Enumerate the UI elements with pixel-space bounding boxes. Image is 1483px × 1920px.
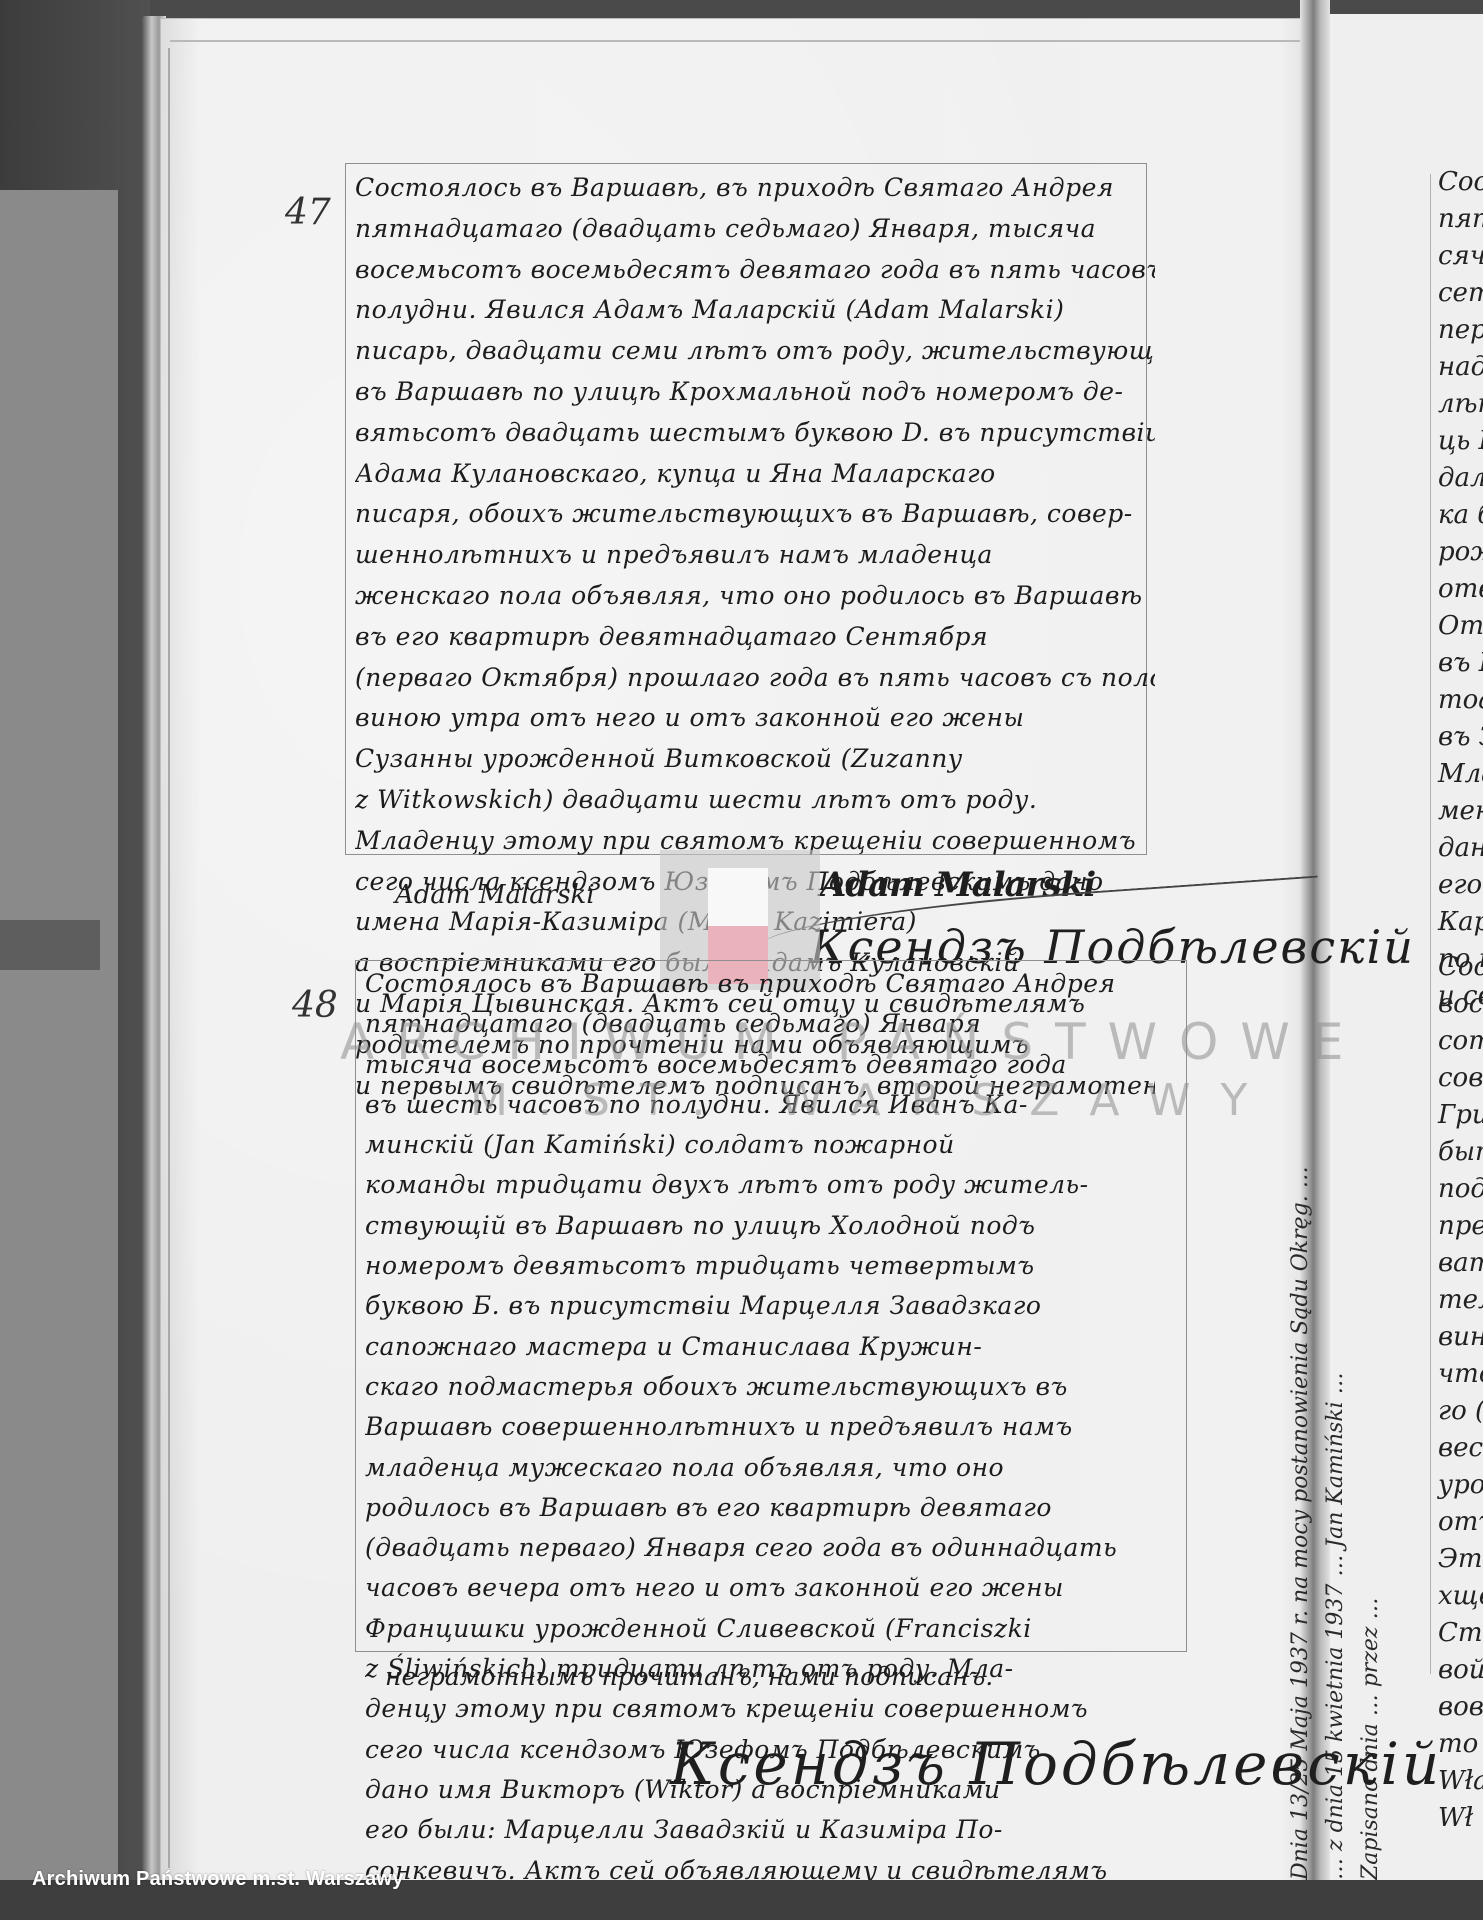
right-page-line: пера [1438, 312, 1483, 349]
right-page-line: над, [1438, 349, 1483, 386]
margin-note-line: … z dnia 15 kwietnia 1937 … Jan Kamiński… [1323, 1372, 1348, 1880]
right-page-line: Сос [1438, 949, 1483, 986]
right-page-line: его б [1438, 867, 1483, 904]
signature-official: Ксендзъ Подбѣлевскій [670, 1730, 1442, 1798]
record-line: пятнадцатаго (двадцать седьмаго) Января,… [355, 209, 1155, 250]
page-fold-line [168, 48, 170, 1868]
record-line: женскаго пола объявляя, что оно родилось… [355, 576, 1155, 617]
watermark-flag-white [708, 868, 768, 926]
record-line: (перваго Октября) прошлаго года въ пять … [355, 658, 1155, 699]
archive-caption: Archiwum Państwowe m.st. Warszawy [32, 1868, 404, 1891]
record-line: сапожнаго мастера и Станислава Кружин- [365, 1327, 1165, 1367]
record-line: вятьсотъ двадцать шестымъ буквою D. въ п… [355, 413, 1155, 454]
record-line: Францишки урожденной Сливевской (Francis… [365, 1609, 1165, 1649]
scanner-background-bar [0, 920, 100, 970]
record-line: родилось въ Варшавѣ въ его квартирѣ девя… [365, 1488, 1165, 1528]
record-line: Состоялось въ Варшавѣ въ приходѣ Святаго… [365, 964, 1165, 1004]
record-line: ствующій въ Варшавѣ по улицѣ Холодной по… [365, 1206, 1165, 1246]
record-line: скаго подмастерья обоихъ жительствующихъ… [365, 1367, 1165, 1407]
record-line: въ Варшавѣ по улицѣ Крохмальной подъ ном… [355, 372, 1155, 413]
record-line: минскій (Jan Kamiński) солдатъ пожарной [365, 1125, 1165, 1165]
right-page-line: Отца [1438, 608, 1483, 645]
record-line: восемьсотъ восемьдесятъ девятаго года въ… [355, 250, 1155, 291]
record-line: буквою Б. въ присутствіи Марцелля Завадз… [365, 1286, 1165, 1326]
page-top-rule [170, 40, 1320, 42]
record-line: Варшавѣ совершеннолѣтнихъ и предъявилъ н… [365, 1407, 1165, 1447]
watermark-text-line1: ARCHIWUM PAŃSTWOWE [340, 1013, 1365, 1071]
record-line: виною утра отъ него и отъ законной его ж… [355, 698, 1155, 739]
record-line: полудни. Явился Адамъ Маларскій (Adam Ma… [355, 290, 1155, 331]
right-page-line: ка б [1438, 497, 1483, 534]
right-page-line: Карол [1438, 904, 1483, 941]
record-line: писарь, двадцати семи лѣтъ отъ роду, жит… [355, 331, 1155, 372]
right-page-line: даль [1438, 460, 1483, 497]
record-line: (двадцать перваго) Января сего года въ о… [365, 1528, 1165, 1568]
right-page-line: лѣтъ [1438, 386, 1483, 423]
right-page-line: менэ [1438, 793, 1483, 830]
right-page-line: въ Вар [1438, 645, 1483, 682]
record-line: писаря, обоихъ жительствующихъ въ Варшав… [355, 494, 1155, 535]
record-line: Сузанны урожденной Витковской (Zuzanny [355, 739, 1155, 780]
right-page-line: дано [1438, 830, 1483, 867]
watermark-text-line2: M.ST. WARSZAWY [470, 1075, 1277, 1126]
right-page-line: Состоя [1438, 164, 1483, 201]
right-page-line: ць Кр [1438, 423, 1483, 460]
signature-witness: Adam Malarski [395, 880, 595, 910]
record-line: его были: Марцелли Завадзкій и Казиміра … [365, 1810, 1165, 1850]
record-line: часовъ вечера отъ него и отъ законной ег… [365, 1568, 1165, 1608]
record-line: денцу этому при святомъ крещеніи соверше… [365, 1689, 1165, 1729]
right-page-line: тоащ [1438, 682, 1483, 719]
record-line: младенца мужескаго пола объявляя, что он… [365, 1448, 1165, 1488]
right-page-line: Мла [1438, 756, 1483, 793]
right-page-line: сеть [1438, 275, 1483, 312]
record-tail-line: неграмотнымъ прочитанъ, нами подписанъ. [385, 1662, 993, 1691]
record-number: 48 [292, 985, 338, 1026]
record-line: Состоялось въ Варшавѣ, въ приходѣ Святаг… [355, 168, 1155, 209]
scanner-background-panel [0, 190, 118, 1890]
record-line: въ его квартирѣ девятнадцатаго Сентября [355, 617, 1155, 658]
record-line: шеннолѣтнихъ и предъявилъ намъ младенца [355, 535, 1155, 576]
record-line: Адама Кулановскаго, купца и Яна Маларска… [355, 454, 1155, 495]
record-number: 47 [285, 192, 331, 233]
record-line: z Witkowskich) двадцати шести лѣтъ отъ р… [355, 780, 1155, 821]
right-page-line: сяча [1438, 238, 1483, 275]
right-page-line: рожд [1438, 534, 1483, 571]
record-line: команды тридцати двухъ лѣтъ отъ роду жит… [365, 1165, 1165, 1205]
right-page-line: въ Зес [1438, 719, 1483, 756]
right-page-line: пятна [1438, 201, 1483, 238]
right-page-line: отвуч [1438, 571, 1483, 608]
record-line: номеромъ девятьсотъ тридцать четвертымъ [365, 1246, 1165, 1286]
right-page-text-top: Состояпятнасячасетьперанад,лѣтъць Крдаль… [1438, 164, 1483, 1015]
